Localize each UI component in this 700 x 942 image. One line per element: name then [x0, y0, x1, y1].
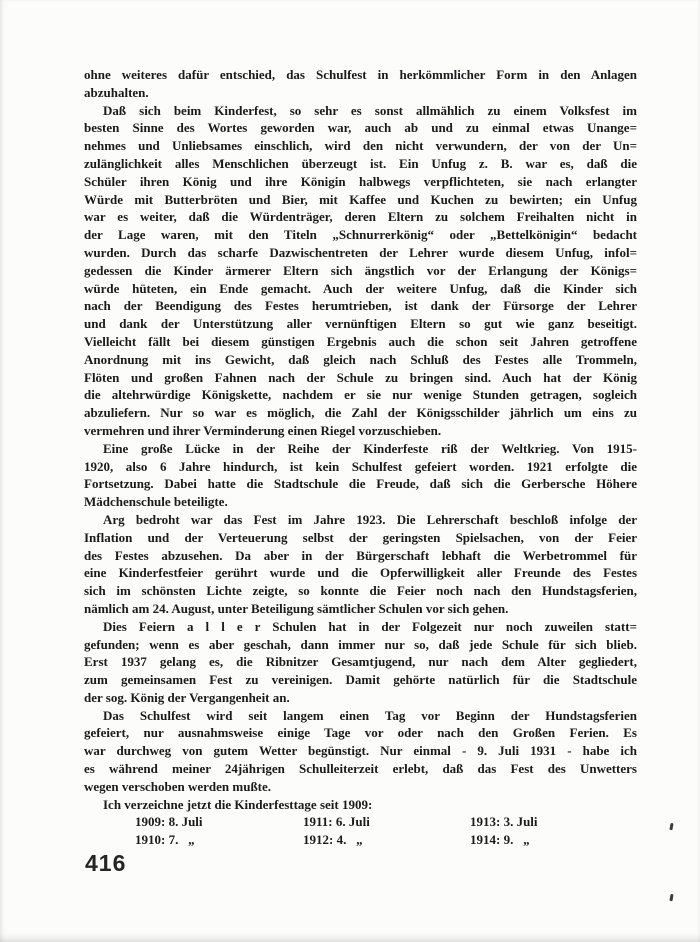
- paragraphs-container: ohne weiteres dafür entschied, das Schul…: [84, 66, 637, 813]
- text-line: abzuhalten.: [84, 84, 637, 102]
- text-line: würde hüteten, ein Ende gemacht. Auch de…: [84, 280, 637, 298]
- schedule-row: 1910: 7. „1912: 4. „1914: 9. „: [84, 831, 637, 849]
- page-number: 416: [85, 850, 126, 877]
- text-line: der sog. König der Vergangenheit an.: [84, 689, 637, 707]
- text-line: Erst 1937 gelang es, die Ribnitzer Gesam…: [84, 653, 637, 671]
- text-block: ohne weiteres dafür entschied, das Schul…: [84, 66, 637, 849]
- text-line: Eine große Lücke in der Reihe der Kinder…: [84, 440, 637, 458]
- text-line: der Lage waren, mit den Titeln „Schnurre…: [84, 226, 637, 244]
- paragraph: ohne weiteres dafür entschied, das Schul…: [84, 66, 637, 102]
- text-line: Daß sich beim Kinderfest, so sehr es son…: [84, 102, 637, 120]
- schedule-cell: 1913: 3. Juli: [470, 813, 538, 831]
- text-line: nämlich am 24. August, unter Beteiligung…: [84, 600, 637, 618]
- scan-speck-icon: [669, 894, 673, 901]
- text-line: Mädchenschule beteiligte.: [84, 493, 637, 511]
- scan-speck-icon: [669, 823, 673, 830]
- text-line: ohne weiteres dafür entschied, das Schul…: [84, 66, 637, 84]
- text-line: besten Sinne des Wortes geworden war, au…: [84, 119, 637, 137]
- text-line: Anordnung mit ins Gewicht, daß gleich na…: [84, 351, 637, 369]
- text-line: sich im schönsten Lichte zeigte, so konn…: [84, 582, 637, 600]
- text-line: Dies Feiern a l l e r Schulen hat in der…: [84, 618, 637, 636]
- paragraph: Dies Feiern a l l e r Schulen hat in der…: [84, 618, 637, 707]
- schedule-cell: 1912: 4. „: [303, 831, 363, 849]
- text-line: war es weiter, daß die Würdenträger, der…: [84, 208, 637, 226]
- text-line: gefeiert, nur ausnahmsweise einige Tage …: [84, 724, 637, 742]
- text-line: die altehrwürdige Königskette, nachdem e…: [84, 386, 637, 404]
- text-line: des Festes abzusehen. Da aber in der Bür…: [84, 547, 637, 565]
- text-line: Das Schulfest wird seit langem einen Tag…: [84, 707, 637, 725]
- text-line: wegen verschoben werden mußte.: [84, 778, 637, 796]
- text-line: wurden. Durch das scharfe Dazwischentret…: [84, 244, 637, 262]
- text-line: Fortsetzung. Dabei hatte die Stadtschule…: [84, 475, 637, 493]
- text-line: gedessen die Kinder ärmerer Eltern sich …: [84, 262, 637, 280]
- schedule-cell: 1914: 9. „: [470, 831, 530, 849]
- scanned-book-page: ohne weiteres dafür entschied, das Schul…: [0, 0, 700, 942]
- text-line: Ich verzeichne jetzt die Kinderfesttage …: [84, 796, 637, 814]
- paragraph: Eine große Lücke in der Reihe der Kinder…: [84, 440, 637, 511]
- schedule-cell: 1910: 7. „: [135, 831, 195, 849]
- paragraph: Das Schulfest wird seit langem einen Tag…: [84, 707, 637, 796]
- text-line: war durchweg von gutem Wetter begünstigt…: [84, 742, 637, 760]
- schedule-row: 1909: 8. Juli1911: 6. Juli1913: 3. Juli: [84, 813, 637, 831]
- text-line: Schüler ihren König und ihre Königin hal…: [84, 173, 637, 191]
- text-line: eine Kinderfestfeier gerührt wurde und d…: [84, 564, 637, 582]
- text-line: und dank der Unterstützung aller vernünf…: [84, 315, 637, 333]
- text-line: Arg bedroht war das Fest im Jahre 1923. …: [84, 511, 637, 529]
- text-line: 1920, also 6 Jahre hindurch, ist kein Sc…: [84, 458, 637, 476]
- schedule-cell: 1909: 8. Juli: [135, 813, 203, 831]
- text-line: abzuliefern. Nur so war es möglich, die …: [84, 404, 637, 422]
- text-line: Vielleicht fällt bei diesem günstigen Er…: [84, 333, 637, 351]
- paragraph: Daß sich beim Kinderfest, so sehr es son…: [84, 102, 637, 440]
- text-line: Würde mit Butterbröten und Bier, mit Kaf…: [84, 191, 637, 209]
- text-line: zulänglichkeit alles Menschlichen überze…: [84, 155, 637, 173]
- text-line: nehmes und Unliebsames einschlich, wird …: [84, 137, 637, 155]
- text-line: zum gemeinsamen Fest zu vereinigen. Dami…: [84, 671, 637, 689]
- text-line: es während meiner 24jährigen Schulleiter…: [84, 760, 637, 778]
- paragraph: Arg bedroht war das Fest im Jahre 1923. …: [84, 511, 637, 618]
- text-line: gefunden; wenn es aber geschah, dann imm…: [84, 636, 637, 654]
- text-line: Inflation und der Verteuerung selbst der…: [84, 529, 637, 547]
- schedule-cell: 1911: 6. Juli: [303, 813, 370, 831]
- text-line: Flöten und großen Fahnen nach der Schule…: [84, 369, 637, 387]
- text-line: vermehren und ihrer Verminderung einen R…: [84, 422, 637, 440]
- paragraph: Ich verzeichne jetzt die Kinderfesttage …: [84, 796, 637, 814]
- kinderfest-schedule: 1909: 8. Juli1911: 6. Juli1913: 3. Juli1…: [84, 813, 637, 849]
- text-line: nach der Beendigung des Festes herumtrie…: [84, 297, 637, 315]
